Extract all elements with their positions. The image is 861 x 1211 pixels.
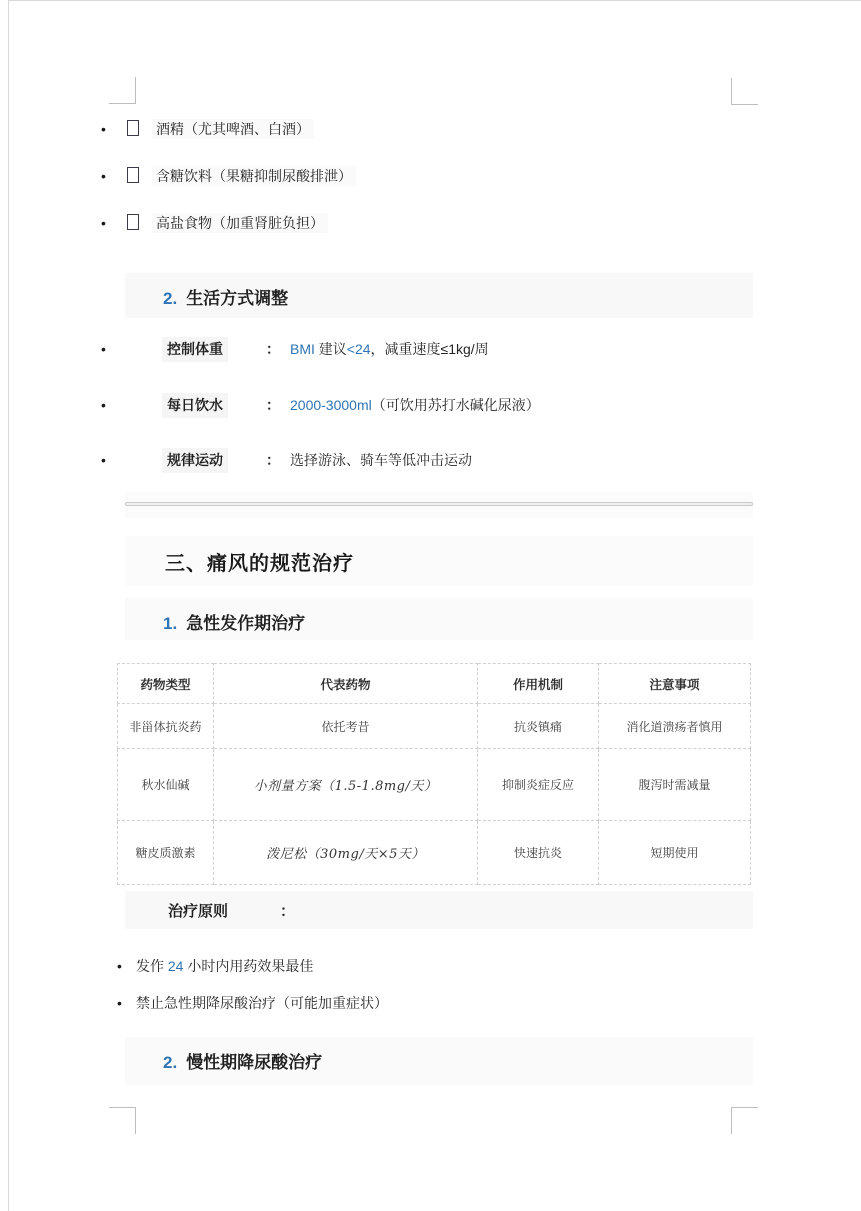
col-header-drug-type: 药物类型 [118,664,214,704]
item-label: 控制体重 [162,337,228,362]
heading-title: 生活方式调整 [186,289,288,308]
table-row: 非甾体抗炎药 依托考昔 抗炎镇痛 消化道溃疡者慎用 [118,704,751,749]
missing-glyph-box-icon [127,120,139,136]
bullet-item-24h-medication: •发作 24 小时内用药效果最佳 [117,956,313,977]
bullet-dot: • [117,956,127,977]
text-run: 小时内用药效果最佳 [183,958,313,974]
heading-chronic-treatment: 2.慢性期降尿酸治疗 [125,1037,753,1085]
item-value: BMI 建议<24，减重速度≤1kg/周 [290,341,489,357]
missing-glyph-box-icon [127,167,139,183]
section-title: 三、痛风的规范治疗 [125,536,753,576]
heading-number: 2. [163,289,177,308]
table-row: 秋水仙碱 小剂量方案（1.5-1.8mg/天） 抑制炎症反应 腹泻时需减量 [118,749,751,821]
item-value: 选择游泳、骑车等低冲击运动 [290,452,472,468]
bullet-text: 发作 24 小时内用药效果最佳 [136,958,313,974]
table-header-row: 药物类型 代表药物 作用机制 注意事项 [118,664,751,704]
principle-label: 治疗原则 [168,900,228,921]
bullet-item-salty-food: •高盐食物（加重肾脏负担） [101,213,328,234]
cell: 秋水仙碱 [118,749,214,821]
bullet-dot: • [101,339,111,360]
heading-number: 1. [163,614,177,633]
page-top-edge [8,0,861,1]
text-run: <24 [347,341,371,357]
bullet-item-no-acute-ult: •禁止急性期降尿酸治疗（可能加重症状） [117,993,388,1014]
bullet-dot: • [101,213,111,234]
item-label: 规律运动 [162,448,228,473]
cell: 抗炎镇痛 [478,704,599,749]
bullet-item-alcohol: •酒精（尤其啤酒、白酒） [101,119,314,140]
bullet-item-regular-exercise: •规律运动：选择游泳、骑车等低冲击运动 [101,448,472,473]
text-run: 24 [168,958,184,974]
margin-crop-mark-bottom-left [109,1107,136,1134]
drug-table: 药物类型 代表药物 作用机制 注意事项 非甾体抗炎药 依托考昔 抗炎镇痛 消化道… [117,663,751,885]
text-run: 建议 [315,341,347,357]
cell: 消化道溃疡者慎用 [599,704,751,749]
page-left-edge [8,0,9,1211]
text-run: ，减重速度≤1kg/周 [371,341,489,357]
cell: 小剂量方案（1.5-1.8mg/天） [214,749,478,821]
item-colon: ： [266,341,280,357]
cell: 泼尼松（30mg/天×5天） [214,821,478,885]
heading-title: 慢性期降尿酸治疗 [186,1053,322,1072]
bullet-dot: • [101,119,111,140]
heading-acute-treatment: 1.急性发作期治疗 [125,598,753,640]
cell: 抑制炎症反应 [478,749,599,821]
item-colon: ： [266,452,280,468]
text-run: （可饮用苏打水碱化尿液） [372,397,540,413]
bullet-dot: • [117,993,127,1014]
missing-glyph-box-icon [127,214,139,230]
margin-crop-mark-bottom-right [731,1107,758,1134]
col-header-mechanism: 作用机制 [478,664,599,704]
table-row: 糖皮质激素 泼尼松（30mg/天×5天） 快速抗炎 短期使用 [118,821,751,885]
bullet-item-daily-water: •每日饮水：2000-3000ml（可饮用苏打水碱化尿液） [101,393,540,418]
text-run: 选择游泳、骑车等低冲击运动 [290,452,472,468]
bullet-item-weight-control: •控制体重：BMI 建议<24，减重速度≤1kg/周 [101,337,489,362]
bullet-dot: • [101,395,111,416]
cell: 糖皮质激素 [118,821,214,885]
cell: 依托考昔 [214,704,478,749]
heading-lifestyle: 2.生活方式调整 [125,273,753,318]
margin-crop-mark-top-left [109,77,136,104]
treatment-principle-label: 治疗原则： [125,891,753,929]
item-label: 每日饮水 [162,393,228,418]
text-run: 2000-3000ml [290,397,372,413]
cell: 腹泻时需减量 [599,749,751,821]
heading-section3: 三、痛风的规范治疗 [125,536,753,586]
bullet-text: 含糖饮料（果糖抑制尿酸排泄） [152,166,356,186]
bullet-dot: • [101,450,111,471]
bullet-text: 禁止急性期降尿酸治疗（可能加重症状） [136,995,388,1011]
bullet-text: 酒精（尤其啤酒、白酒） [152,119,314,139]
text-run: 发作 [136,958,168,974]
item-value: 2000-3000ml（可饮用苏打水碱化尿液） [290,397,540,413]
margin-crop-mark-top-right [731,78,758,105]
heading-title: 急性发作期治疗 [186,614,305,633]
cell: 快速抗炎 [478,821,599,885]
bullet-dot: • [101,166,111,187]
cell: 非甾体抗炎药 [118,704,214,749]
col-header-representative-drug: 代表药物 [214,664,478,704]
horizontal-rule [125,502,753,506]
principle-colon: ： [280,903,295,920]
heading-number: 2. [163,1053,177,1072]
item-colon: ： [266,397,280,413]
text-run: 禁止急性期降尿酸治疗（可能加重症状） [136,995,388,1011]
bullet-text: 高盐食物（加重肾脏负担） [152,213,328,233]
document-page[interactable]: •酒精（尤其啤酒、白酒） •含糖饮料（果糖抑制尿酸排泄） •高盐食物（加重肾脏负… [0,0,861,1211]
text-run: BMI [290,341,315,357]
bullet-item-sugary-drinks: •含糖饮料（果糖抑制尿酸排泄） [101,166,356,187]
cell: 短期使用 [599,821,751,885]
col-header-precautions: 注意事项 [599,664,751,704]
